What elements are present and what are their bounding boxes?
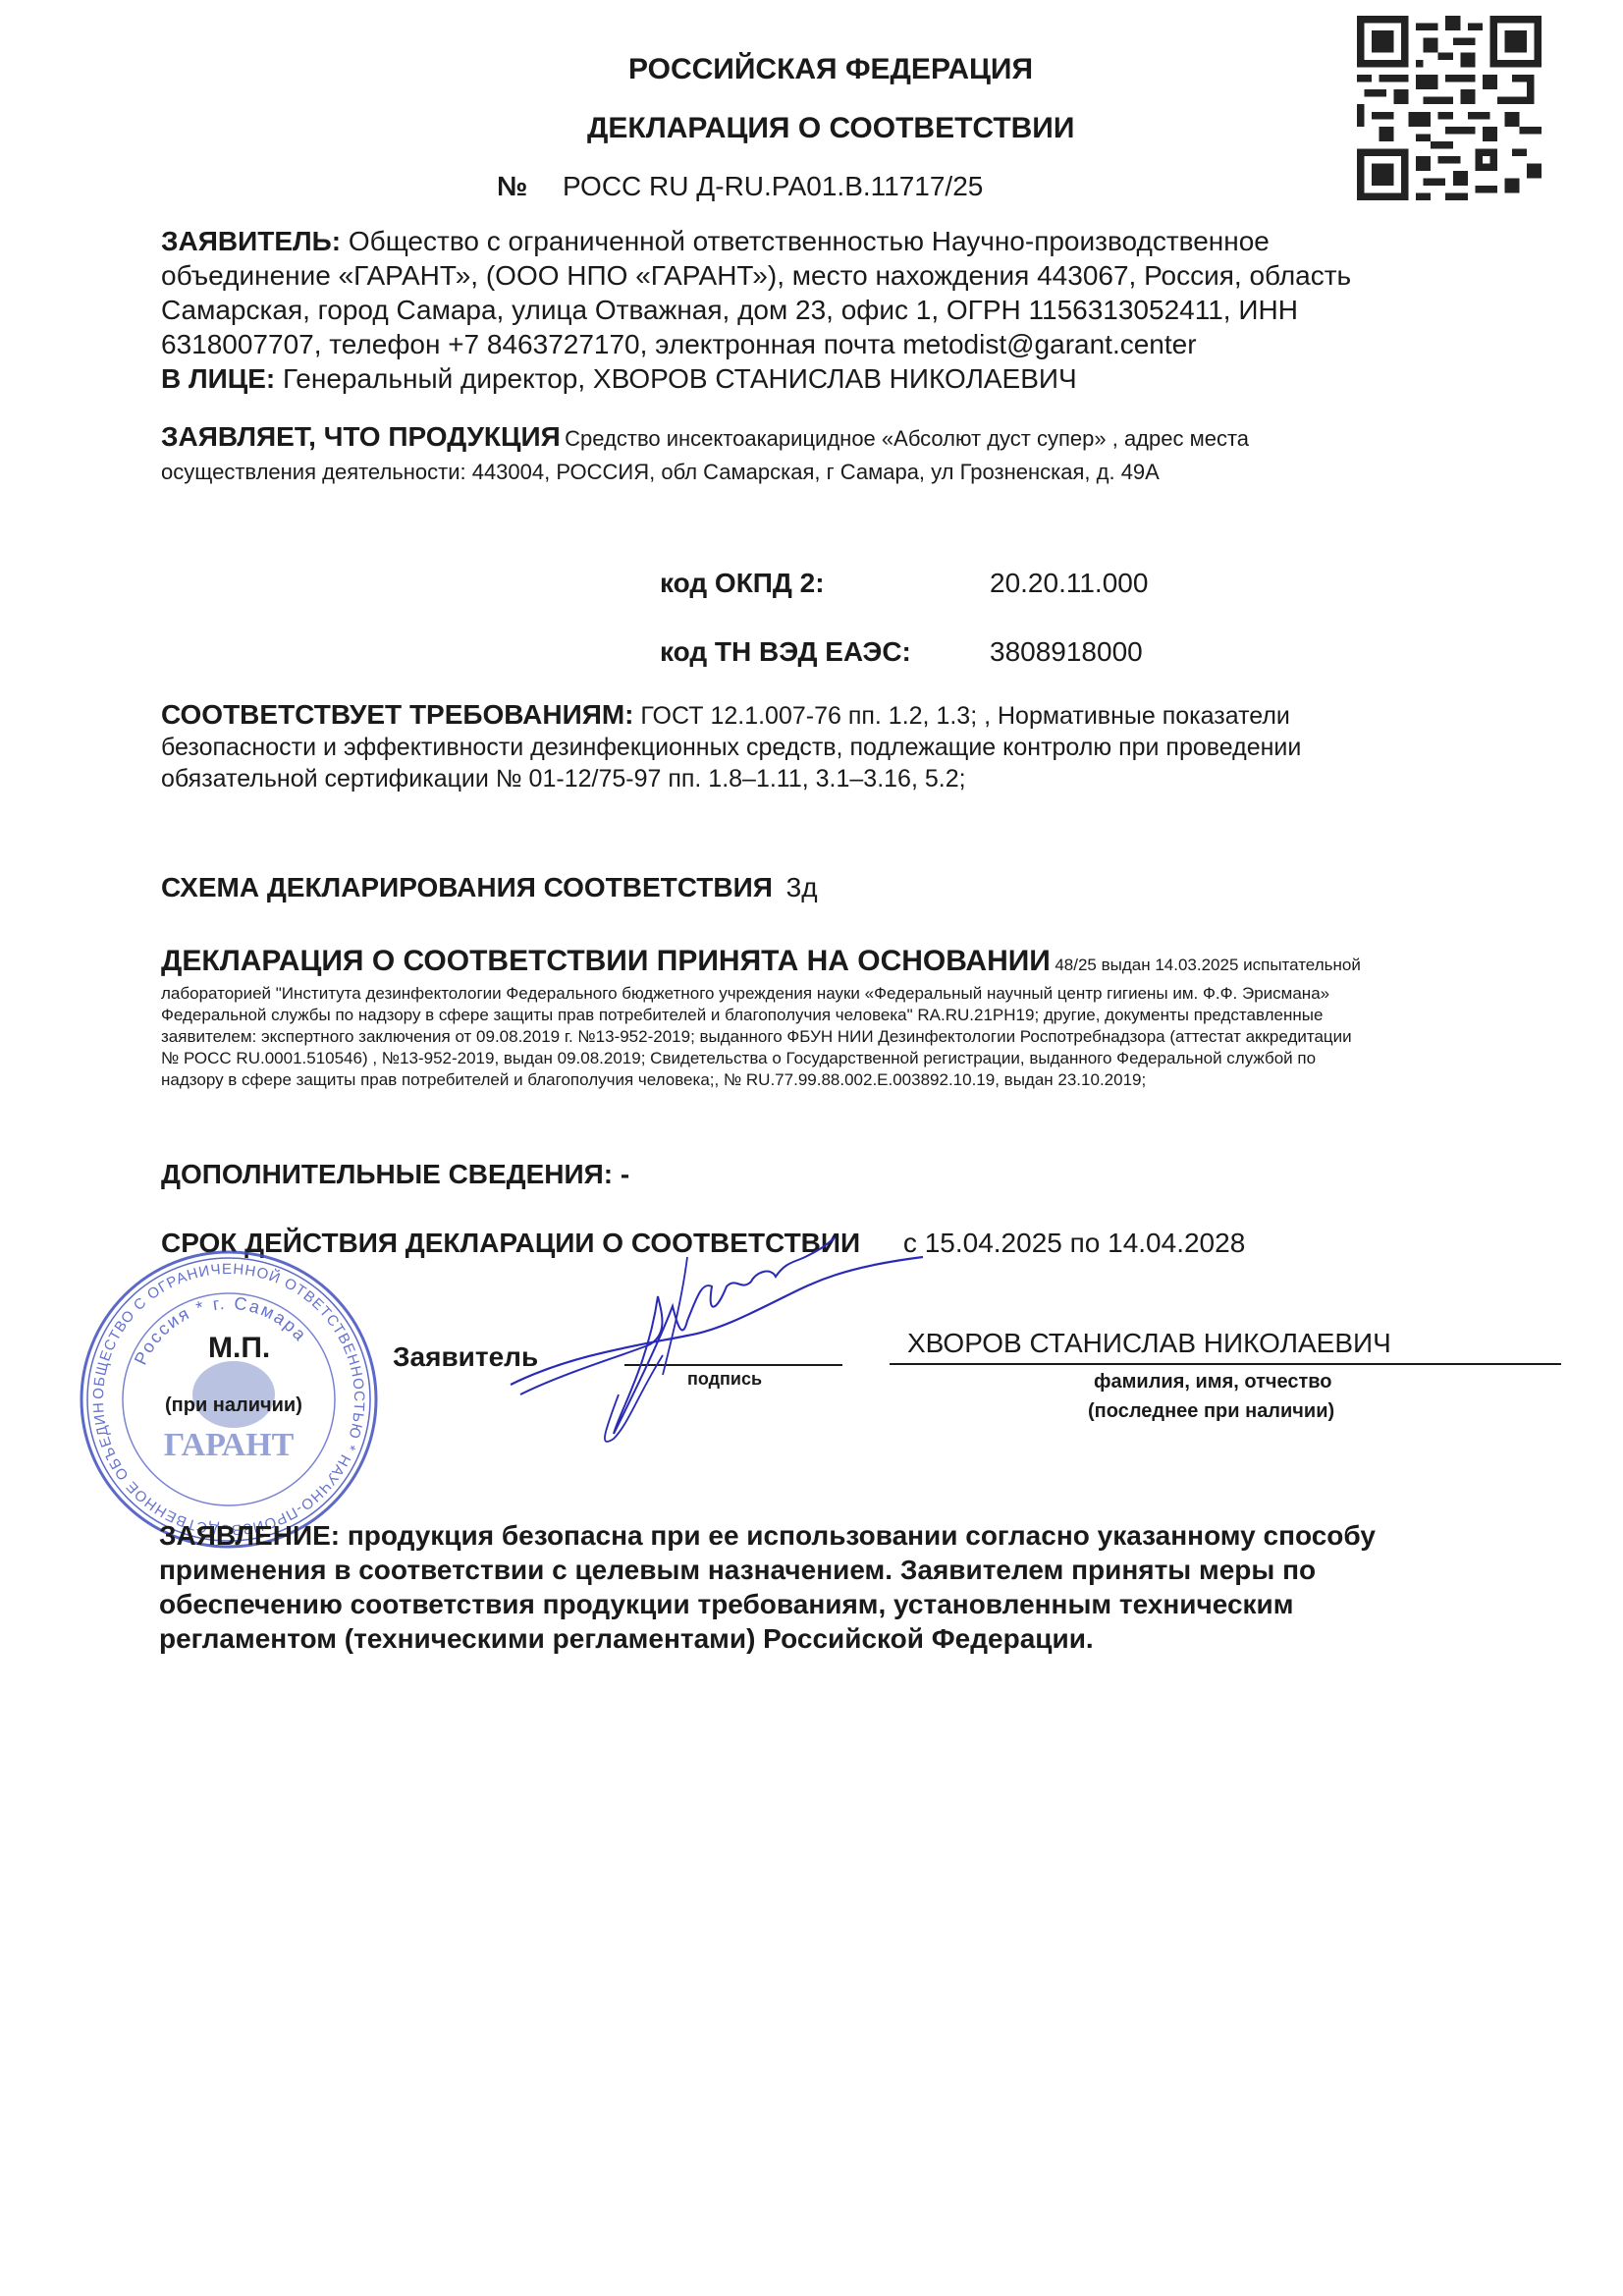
applicant-label: ЗАЯВИТЕЛЬ: — [161, 226, 341, 256]
product-label: ЗАЯВЛЯЕТ, ЧТО ПРОДУКЦИЯ — [161, 421, 561, 452]
applicant-line-3: Самарская, город Самара, улица Отважная,… — [161, 293, 1555, 327]
applicant-line-2: объединение «ГАРАНТ», (ООО НПО «ГАРАНТ»)… — [161, 258, 1555, 293]
stamp-note: (при наличии) — [165, 1394, 302, 1417]
scheme-value: 3д — [786, 872, 818, 902]
okpd-value: 20.20.11.000 — [990, 568, 1148, 599]
additional-value: - — [621, 1159, 629, 1189]
requirements-line-3: обязательной сертификации № 01-12/75-97 … — [161, 763, 1555, 794]
stamp-label: М.П. — [208, 1332, 270, 1365]
tnved-label: код ТН ВЭД ЕАЭС: — [660, 636, 911, 668]
represented-label: В ЛИЦЕ: — [161, 363, 275, 394]
name-line — [890, 1363, 1561, 1365]
validity-value: с 15.04.2025 по 14.04.2028 — [903, 1228, 1245, 1258]
statement-line-3: обеспечению соответствия продукции требо… — [159, 1587, 1553, 1621]
document-title: ДЕКЛАРАЦИЯ О СООТВЕТСТВИИ — [587, 112, 1074, 145]
handwritten-signature-icon — [491, 1237, 943, 1463]
scheme-block: СХЕМА ДЕКЛАРИРОВАНИЯ СООТВЕТСТВИЯ 3д — [161, 872, 818, 903]
statement-line-2: применения в соответствии с целевым назн… — [159, 1553, 1553, 1587]
statement-block: ЗАЯВЛЕНИЕ: продукция безопасна при ее ис… — [159, 1518, 1553, 1656]
country-title: РОССИЙСКАЯ ФЕДЕРАЦИЯ — [628, 53, 1033, 86]
requirements-label: СООТВЕТСТВУЕТ ТРЕБОВАНИЯМ: — [161, 699, 633, 730]
tnved-value: 3808918000 — [990, 636, 1143, 668]
product-line-1: Средство инсектоакарицидное «Абсолют дус… — [565, 426, 1249, 451]
stamp-logo: ГАРАНТ — [164, 1427, 295, 1463]
number-value: РОСС RU Д-RU.РА01.В.11717/25 — [563, 171, 983, 201]
basis-block: ДЕКЛАРАЦИЯ О СООТВЕТСТВИИ ПРИНЯТА НА ОСН… — [161, 945, 1575, 1091]
product-block: ЗАЯВЛЯЕТ, ЧТО ПРОДУКЦИЯ Средство инсекто… — [161, 420, 1555, 486]
scheme-label: СХЕМА ДЕКЛАРИРОВАНИЯ СООТВЕТСТВИЯ — [161, 872, 773, 902]
basis-line-3: Федеральной службы по надзору в сфере за… — [161, 1005, 1575, 1026]
basis-line-6: надзору в сфере защиты прав потребителей… — [161, 1069, 1575, 1091]
requirements-line-2: безопасности и эффективности дезинфекцио… — [161, 732, 1555, 763]
basis-line-1: 48/25 выдан 14.03.2025 испытательной — [1055, 956, 1361, 974]
statement-line-1: продукция безопасна при ее использовании… — [348, 1520, 1376, 1551]
basis-line-2: лабораторией "Института дезинфектологии … — [161, 983, 1575, 1005]
applicant-block: ЗАЯВИТЕЛЬ: Общество с ограниченной ответ… — [161, 224, 1555, 396]
additional-block: ДОПОЛНИТЕЛЬНЫЕ СВЕДЕНИЯ: - — [161, 1159, 629, 1190]
statement-line-4: регламентом (техническими регламентами) … — [159, 1621, 1553, 1656]
basis-line-4: заявителем: экспертного заключения от 09… — [161, 1026, 1575, 1048]
basis-label: ДЕКЛАРАЦИЯ О СООТВЕТСТВИИ ПРИНЯТА НА ОСН… — [161, 945, 1051, 977]
signer-name: ХВОРОВ СТАНИСЛАВ НИКОЛАЕВИЧ — [907, 1328, 1391, 1359]
requirements-line-1: ГОСТ 12.1.007-76 пп. 1.2, 1.3; , Нормати… — [640, 702, 1289, 730]
additional-label: ДОПОЛНИТЕЛЬНЫЕ СВЕДЕНИЯ: — [161, 1159, 613, 1189]
name-caption-1: фамилия, имя, отчество — [1094, 1371, 1332, 1394]
name-caption-2: (последнее при наличии) — [1088, 1400, 1334, 1423]
applicant-line-1: Общество с ограниченной ответственностью… — [349, 226, 1270, 256]
represented-value: Генеральный директор, ХВОРОВ СТАНИСЛАВ Н… — [283, 363, 1077, 394]
product-line-2: осуществления деятельности: 443004, РОСС… — [161, 459, 1555, 486]
qr-code-icon — [1353, 16, 1545, 200]
basis-line-5: № РОСС RU.0001.510546) , №13-952-2019, в… — [161, 1048, 1575, 1069]
requirements-block: СООТВЕТСТВУЕТ ТРЕБОВАНИЯМ: ГОСТ 12.1.007… — [161, 699, 1555, 794]
declaration-number: № РОСС RU Д-RU.РА01.В.11717/25 — [497, 171, 983, 202]
applicant-line-4: 6318007707, телефон +7 8463727170, элект… — [161, 327, 1555, 361]
statement-label: ЗАЯВЛЕНИЕ: — [159, 1520, 340, 1551]
okpd-label: код ОКПД 2: — [660, 568, 825, 599]
number-label: № — [497, 171, 527, 201]
